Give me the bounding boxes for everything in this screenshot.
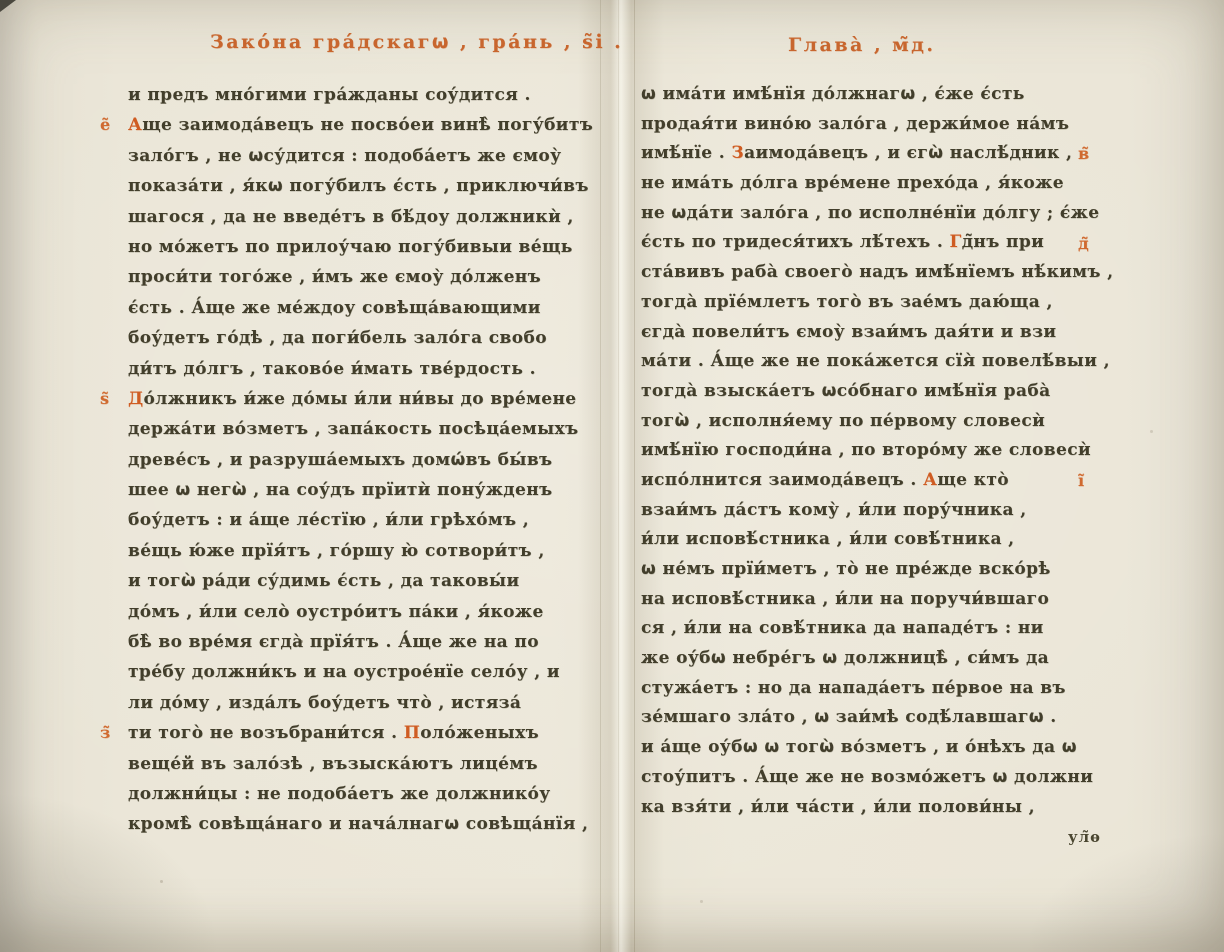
text-line: боу́детъ : и а́ще ле́стїю , и́ли грѣхо́м… [128,505,592,535]
text-line: стоу́питъ . А́ще же не возмо́жетъ ѡ долж… [641,763,1093,793]
margin-article-number: в̃ [1078,146,1089,162]
text-line: испо́лнится заимода́вецъ . Аще кто̀ [641,466,1093,496]
text-line: и́ли исповѣ́стника , и́ли совѣ́тника , [641,525,1093,555]
left-page-text-block: и предъ мно́гими гра́жданы соу́дится .Ащ… [128,80,592,840]
text-line: До́лжникъ и́же до́мы и́ли ни́вы до вре́м… [128,384,592,414]
text-line: тогѡ̀ , исполня́ему по пе́рвому словесѝ [641,407,1093,437]
text-segment: на исповѣ́стника , и́ли на поручи́вшаго [641,589,1049,609]
text-segment: ма́ти . А́ще же не пока́жется сїя̀ повел… [641,351,1110,371]
text-line: стужа́етъ : но да напада́етъ пе́рвое на … [641,674,1093,704]
text-line: держа́ти во́зметъ , запа́кость посѣца́ем… [128,414,592,444]
text-line: зало́гъ , не ѡсу́дится : подоба́етъ же є… [128,141,592,171]
margin-article-number: д̃ [1078,236,1089,252]
right-page-text-block: ѡ има́ти имѣ́нїя до́лжнагѡ , є́же є́стьп… [641,80,1093,822]
text-line: є́сть . А́ще же ме́ждоу совѣща́вающими [128,293,592,323]
text-segment: є́сть . А́ще же ме́ждоу совѣща́вающими [128,298,541,318]
text-line: и тогѡ̀ ра́ди су́димь є́сть , да таковы́… [128,566,592,596]
text-segment: ве́щь ю́же прїя́тъ , го́ршу ю̀ сотвори́т… [128,541,545,561]
text-line: не ѡда́ти зало́га , по исполне́нїи до́лг… [641,199,1093,229]
text-line: взаи́мъ да́стъ кому̀ , и́ли пору́чника , [641,496,1093,526]
text-segment: зе́мшаго зла́то , ѡ заи́мѣ содѣ́лавшагѡ … [641,707,1057,727]
text-segment: проси́ти того́же , и́мъ же ємоу̀ до́лжен… [128,267,541,287]
text-segment: ѡ не́мъ прїи́метъ , то̀ не пре́жде вско́… [641,559,1051,579]
text-segment: тогда̀ прїе́млетъ того̀ въ зае́мъ даю́ща… [641,292,1053,312]
text-line: Аще заимода́вецъ не посво́еи винѣ̀ погу́… [128,110,592,140]
text-segment: держа́ти во́зметъ , запа́кость посѣца́ем… [128,419,579,439]
text-segment: зало́гъ , не ѡсу́дится : подоба́етъ же є… [128,146,561,166]
text-line: имѣ́нїе . Заимода́вецъ , и єгѡ̀ наслѣ́дн… [641,139,1093,169]
text-segment: шагося , да не введе́тъ в бѣ́доу должник… [128,207,574,227]
right-running-header: Глава̀ , м̃д. [788,34,935,56]
text-segment: же оу́бѡ небре́гъ ѡ должницѣ̀ , си́мъ да [641,648,1049,668]
text-line: ѡ има́ти имѣ́нїя до́лжнагѡ , є́же є́сть [641,80,1093,110]
text-segment: тогда̀ взыска́етъ ѡсо́бнаго имѣ́нїя раба… [641,381,1051,401]
gutter-crease [600,0,601,952]
text-segment: имѣ́нїю господи́на , по второ́му же слов… [641,440,1091,460]
margin-article-number: з̃ [100,725,110,741]
text-segment: продая́ти вино́ю зало́га , держи́мое на́… [641,114,1069,134]
text-segment: ѡ има́ти имѣ́нїя до́лжнагѡ , є́же є́сть [641,84,1025,104]
text-line: ся , и́ли на совѣ́тника да нападе́тъ : н… [641,614,1093,644]
text-segment: показа́ти , я́кѡ погу́билъ є́сть , прикл… [128,176,589,196]
text-segment: шее ѡ негѡ̀ , на соу́дъ прїитѝ пону́жден… [128,480,553,500]
paper-speckle [1150,430,1153,433]
text-line: ди́тъ до́лгъ , таково́е и́мать тве́рдост… [128,354,592,384]
text-line: проси́ти того́же , и́мъ же ємоу̀ до́лжен… [128,262,592,292]
text-segment: но мо́жетъ по прилоу́чаю погу́бивыи ве́щ… [128,237,573,257]
text-segment: є́сть по тридеся́тихъ лѣ́техъ . [641,232,950,252]
text-line: ста́вивъ раба̀ своего̀ надъ имѣ́нїемъ нѣ… [641,258,1093,288]
text-segment: взаи́мъ да́стъ кому̀ , и́ли пору́чника , [641,500,1027,520]
text-line: и а́ще оу́бѡ ѡ тогѡ̀ во́зметъ , и о́нѣхъ… [641,733,1093,763]
text-segment: должни́цы : не подоба́етъ же должнико́у [128,784,551,804]
text-segment: боу́детъ : и а́ще ле́стїю , и́ли грѣхо́м… [128,510,529,530]
text-line: же оу́бѡ небре́гъ ѡ должницѣ̀ , си́мъ да [641,644,1093,674]
margin-article-number: і̃ [1078,473,1084,489]
text-segment: и́ли исповѣ́стника , и́ли совѣ́тника , [641,529,1015,549]
paper-speckle [160,880,163,883]
text-segment: ти того̀ не возъбрани́тся . [128,723,404,743]
gutter-crease [634,0,635,952]
text-segment: ли до́му , изда́лъ боу́детъ что̀ , истяз… [128,693,521,713]
text-segment: кромѣ̀ совѣща́наго и нача́лнагѡ совѣща́н… [128,814,588,834]
text-line: продая́ти вино́ю зало́га , держи́мое на́… [641,110,1093,140]
text-segment: стужа́етъ : но да напада́етъ пе́рвое на … [641,678,1066,698]
text-line: тогда̀ взыска́етъ ѡсо́бнаго имѣ́нїя раба… [641,377,1093,407]
catchword: ул̃ѳ [1068,828,1101,846]
text-line: шее ѡ негѡ̀ , на соу́дъ прїитѝ пону́жден… [128,475,592,505]
rubricated-initial: П [404,723,420,743]
text-line: показа́ти , я́кѡ погу́билъ є́сть , прикл… [128,171,592,201]
text-segment: испо́лнится заимода́вецъ . [641,470,923,490]
text-line: ма́ти . А́ще же не пока́жется сїя̀ повел… [641,347,1093,377]
text-segment: боу́детъ го́дѣ , да поги́бель зало́га св… [128,328,547,348]
text-segment: ди́тъ до́лгъ , таково́е и́мать тве́рдост… [128,359,536,379]
text-line: ка взя́ти , и́ли ча́сти , и́ли полови́ны… [641,793,1093,823]
text-line: єгда̀ повели́тъ ємоу̀ взаи́мъ дая́ти и в… [641,318,1093,348]
text-line: имѣ́нїю господи́на , по второ́му же слов… [641,436,1093,466]
text-segment: ка взя́ти , и́ли ча́сти , и́ли полови́ны… [641,797,1035,817]
scan-corner-artifact [0,0,16,12]
text-segment: древе́съ , и разруша́емыхъ домѡ́въ бы́въ [128,450,552,470]
text-segment: д̃нъ при [962,232,1044,252]
left-running-header: Зако́на гра́дскагѡ , гра́нь , ѕ̃і . [210,31,623,53]
rubricated-initial: З [731,143,744,163]
text-segment: имѣ́нїе . [641,143,731,163]
text-line: ли до́му , изда́лъ боу́детъ что̀ , истяз… [128,688,592,718]
rubricated-initial: А [923,470,937,490]
text-segment: тре́бу должни́къ и на оустрое́нїе село́у… [128,662,560,682]
text-segment: и а́ще оу́бѡ ѡ тогѡ̀ во́зметъ , и о́нѣхъ… [641,737,1077,757]
text-line: кромѣ̀ совѣща́наго и нача́лнагѡ совѣща́н… [128,809,592,839]
text-line: но мо́жетъ по прилоу́чаю погу́бивыи ве́щ… [128,232,592,262]
rubricated-initial: А [128,115,142,135]
text-segment: до́мъ , и́ли село̀ оустро́итъ па́ки , я́… [128,602,544,622]
gutter-crease [618,0,619,952]
text-segment: ще кто̀ [937,470,1009,490]
text-segment: не ѡда́ти зало́га , по исполне́нїи до́лг… [641,203,1099,223]
text-segment: тогѡ̀ , исполня́ему по пе́рвому словесѝ [641,411,1045,431]
text-line: не има́ть до́лга вре́мене прехо́да , я́к… [641,169,1093,199]
text-segment: и тогѡ̀ ра́ди су́димь є́сть , да таковы́… [128,571,520,591]
text-line: є́сть по тридеся́тихъ лѣ́техъ . Гд̃нъ пр… [641,228,1093,258]
page-corner-shadow [1024,832,1224,952]
text-segment: стоу́питъ . А́ще же не возмо́жетъ ѡ долж… [641,767,1093,787]
margin-article-number: е̃ [100,117,110,133]
text-line: и предъ мно́гими гра́жданы соу́дится . [128,80,592,110]
text-line: тогда̀ прїе́млетъ того̀ въ зае́мъ даю́ща… [641,288,1093,318]
text-segment: оло́женыхъ [420,723,539,743]
text-line: древе́съ , и разруша́емыхъ домѡ́въ бы́въ [128,445,592,475]
text-segment: єгда̀ повели́тъ ємоу̀ взаи́мъ дая́ти и в… [641,322,1056,342]
text-line: зе́мшаго зла́то , ѡ заи́мѣ содѣ́лавшагѡ … [641,703,1093,733]
text-line: шагося , да не введе́тъ в бѣ́доу должник… [128,202,592,232]
text-line: тре́бу должни́къ и на оустрое́нїе село́у… [128,657,592,687]
text-segment: о́лжникъ и́же до́мы и́ли ни́вы до вре́ме… [144,389,577,409]
paper-speckle [700,900,703,903]
text-line: ти того̀ не возъбрани́тся . Поло́женыхъ [128,718,592,748]
text-segment: аимода́вецъ , и єгѡ̀ наслѣ́дник , [744,143,1072,163]
text-segment: веще́й въ зало́зѣ , възыска́ютъ лице́мъ [128,754,538,774]
text-line: бѣ̀ во вре́мя єгда̀ прїя́тъ . А́ще же на… [128,627,592,657]
text-segment: не има́ть до́лга вре́мене прехо́да , я́к… [641,173,1064,193]
text-line: на исповѣ́стника , и́ли на поручи́вшаго [641,585,1093,615]
text-segment: ся , и́ли на совѣ́тника да нападе́тъ : н… [641,618,1044,638]
margin-article-number: ѕ̃ [100,391,109,407]
text-line: веще́й въ зало́зѣ , възыска́ютъ лице́мъ [128,749,592,779]
rubricated-initial: Г [950,232,962,252]
text-segment: бѣ̀ во вре́мя єгда̀ прїя́тъ . А́ще же на… [128,632,539,652]
text-line: до́мъ , и́ли село̀ оустро́итъ па́ки , я́… [128,597,592,627]
text-line: должни́цы : не подоба́етъ же должнико́у [128,779,592,809]
text-line: боу́детъ го́дѣ , да поги́бель зало́га св… [128,323,592,353]
text-segment: ста́вивъ раба̀ своего̀ надъ имѣ́нїемъ нѣ… [641,262,1114,282]
rubricated-initial: Д [128,389,144,409]
text-line: ѡ не́мъ прїи́метъ , то̀ не пре́жде вско́… [641,555,1093,585]
text-segment: ще заимода́вецъ не посво́еи винѣ̀ погу́б… [142,115,593,135]
book-scan: Зако́на гра́дскагѡ , гра́нь , ѕ̃і . Глав… [0,0,1224,952]
text-line: ве́щь ю́же прїя́тъ , го́ршу ю̀ сотвори́т… [128,536,592,566]
text-segment: и предъ мно́гими гра́жданы соу́дится . [128,85,531,105]
